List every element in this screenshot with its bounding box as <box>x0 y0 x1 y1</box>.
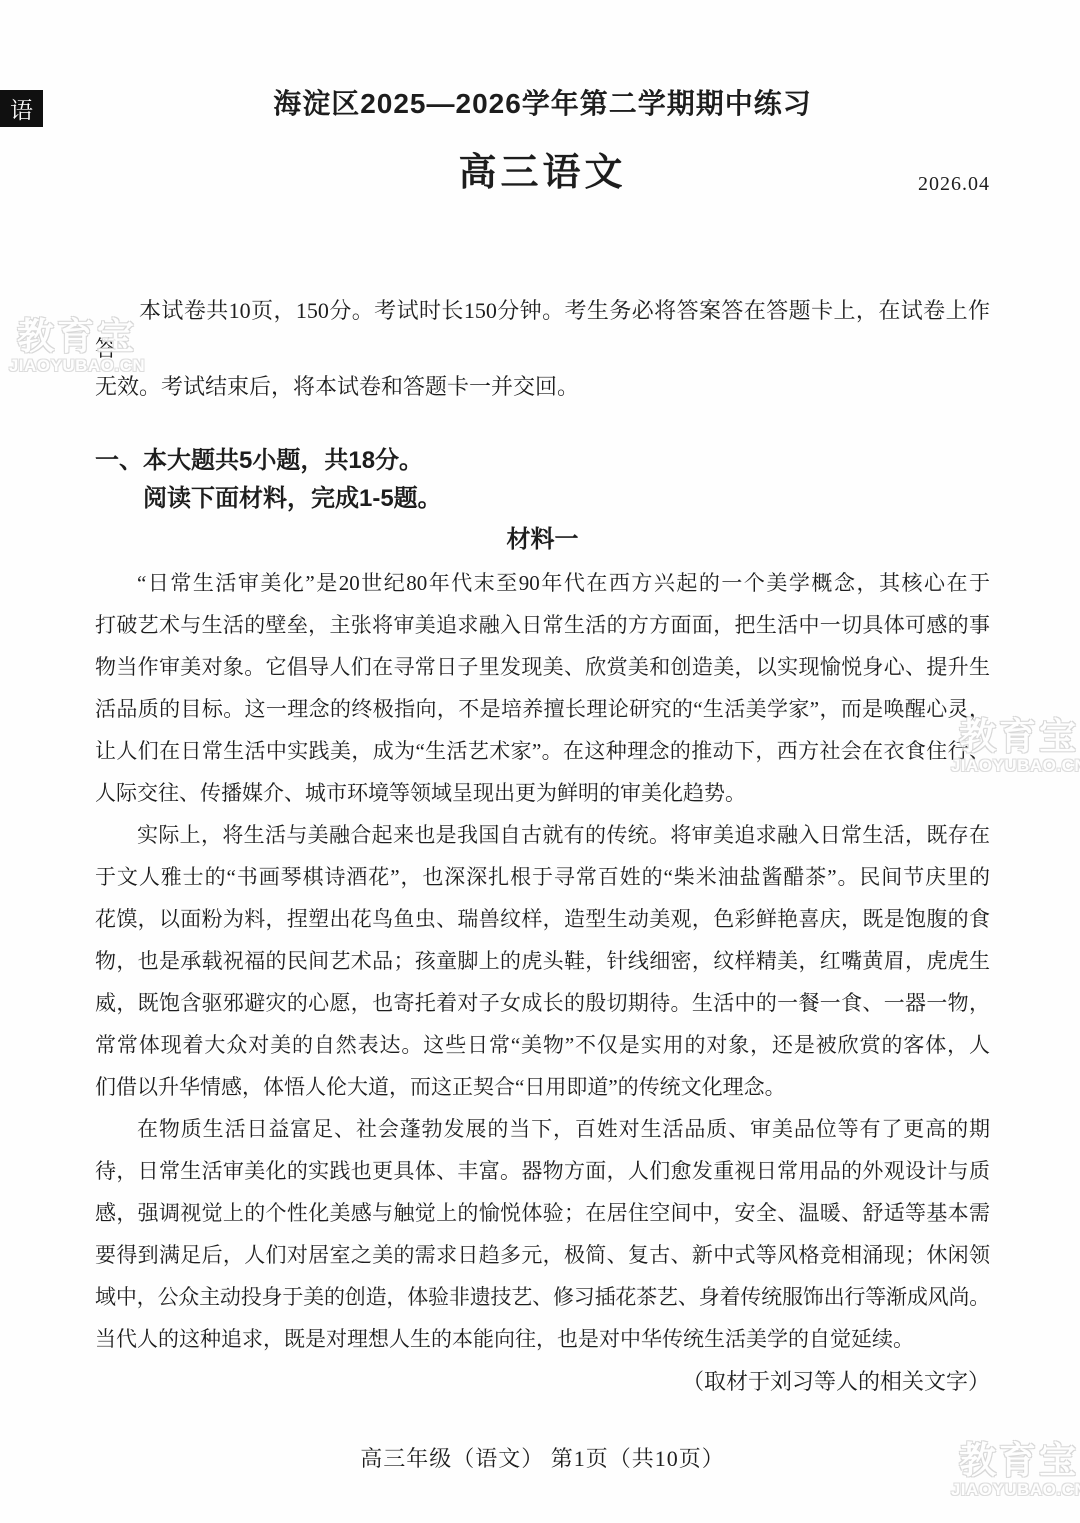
text-line: 打破艺术与生活的壁垒，主张将审美追求融入日常生活的方方面面，把生活中一切具体可感… <box>95 604 990 646</box>
text-line: 物，也是承载祝福的民间艺术品；孩童脚上的虎头鞋，针线细密，纹样精美，红嘴黄眉，虎… <box>95 940 990 982</box>
text-line: 物当作审美对象。它倡导人们在寻常日子里发现美、欣赏美和创造美，以实现愉悦身心、提… <box>95 646 990 688</box>
text-line: 在物质生活日益富足、社会蓬勃发展的当下，百姓对生活品质、审美品位等有了更高的期 <box>95 1108 990 1150</box>
section-one-instruction: 阅读下面材料，完成1-5题。 <box>95 480 990 518</box>
watermark-domain: JIAOYUBAO.CN <box>951 1480 1080 1500</box>
material-one-attribution: （取材于刘习等人的相关文字） <box>95 1360 990 1404</box>
page-content: 海淀区2025—2026学年第二学期期中练习 高三语文 2026.04 本试卷共… <box>0 0 1080 1474</box>
section-one-heading: 一、本大题共5小题，共18分。 <box>95 442 990 480</box>
text-line: 当代人的这种追求，既是对理想人生的本能向往，也是对中华传统生活美学的自觉延续。 <box>95 1318 990 1360</box>
exam-title: 海淀区2025—2026学年第二学期期中练习 <box>95 0 990 120</box>
text-line: 威，既饱含驱邪避灾的心愿，也寄托着对子女成长的殷切期待。生活中的一餐一食、一器一… <box>95 982 990 1024</box>
text-line: 实际上，将生活与美融合起来也是我国自古就有的传统。将审美追求融入日常生活，既存在 <box>95 814 990 856</box>
text-line: 待，日常生活审美化的实践也更具体、丰富。器物方面，人们愈发重视日常用品的外观设计… <box>95 1150 990 1192</box>
text-line: 人际交往、传播媒介、城市环境等领域呈现出更为鲜明的审美化趋势。 <box>95 772 990 814</box>
text-line: 域中，公众主动投身于美的创造，体验非遗技艺、修习插花茶艺、身着传统服饰出行等渐成… <box>95 1276 990 1318</box>
exam-instructions: 本试卷共10页，150分。考试时长150分钟。考生务必将答案答在答题卡上，在试卷… <box>95 292 990 406</box>
subject-title-row: 高三语文 2026.04 <box>95 150 990 198</box>
subject-title: 高三语文 <box>95 150 990 196</box>
text-line: 们借以升华情感，体悟人伦大道，而这正契合“日用即道”的传统文化理念。 <box>95 1066 990 1108</box>
page-footer: 高三年级（语文） 第1页（共10页） <box>95 1444 990 1474</box>
material-one-body: “日常生活审美化”是20世纪80年代末至90年代在西方兴起的一个美学概念，其核心… <box>95 562 990 1360</box>
text-line: 感，强调视觉上的个性化美感与触觉上的愉悦体验；在居住空间中，安全、温暖、舒适等基… <box>95 1192 990 1234</box>
text-line: 本试卷共10页，150分。考试时长150分钟。考生务必将答案答在答题卡上，在试卷… <box>95 292 990 368</box>
exam-date: 2026.04 <box>918 173 990 196</box>
text-line: 让人们在日常生活中实践美，成为“生活艺术家”。在这种理念的推动下，西方社会在衣食… <box>95 730 990 772</box>
text-line: 花馍，以面粉为料，捏塑出花鸟鱼虫、瑞兽纹样，造型生动美观，色彩鲜艳喜庆，既是饱腹… <box>95 898 990 940</box>
text-line: 于文人雅士的“书画琴棋诗酒花”，也深深扎根于寻常百姓的“柴米油盐酱醋茶”。民间节… <box>95 856 990 898</box>
text-line: 常常体现着大众对美的自然表达。这些日常“美物”不仅是实用的对象，还是被欣赏的客体… <box>95 1024 990 1066</box>
material-paragraph: 实际上，将生活与美融合起来也是我国自古就有的传统。将审美追求融入日常生活，既存在… <box>95 814 990 1108</box>
text-line: 活品质的目标。这一理念的终极指向，不是培养擅长理论研究的“生活美学家”，而是唤醒… <box>95 688 990 730</box>
material-paragraph: 在物质生活日益富足、社会蓬勃发展的当下，百姓对生活品质、审美品位等有了更高的期待… <box>95 1108 990 1360</box>
text-line: 无效。考试结束后，将本试卷和答题卡一并交回。 <box>95 368 990 406</box>
exam-paper-page: 语 海淀区2025—2026学年第二学期期中练习 高三语文 2026.04 本试… <box>0 0 1080 1523</box>
text-line: 要得到满足后，人们对居室之美的需求日趋多元，极简、复古、新中式等风格竞相涌现；休… <box>95 1234 990 1276</box>
material-paragraph: “日常生活审美化”是20世纪80年代末至90年代在西方兴起的一个美学概念，其核心… <box>95 562 990 814</box>
text-line: “日常生活审美化”是20世纪80年代末至90年代在西方兴起的一个美学概念，其核心… <box>95 562 990 604</box>
material-one-title: 材料一 <box>95 518 990 562</box>
